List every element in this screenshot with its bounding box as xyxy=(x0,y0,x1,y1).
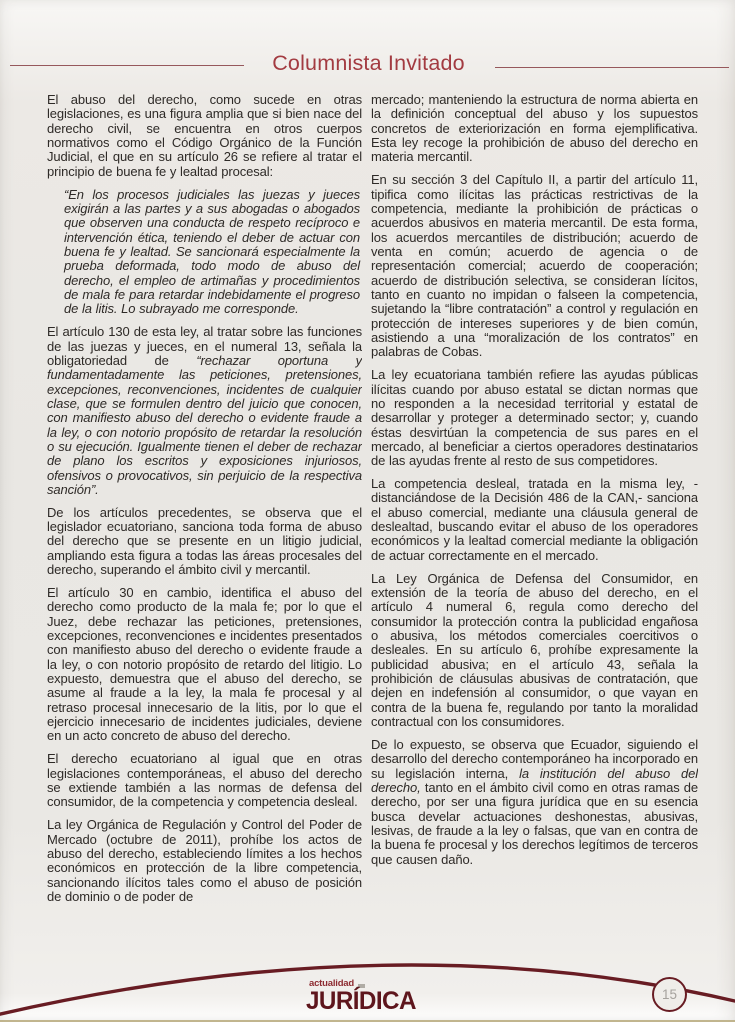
left-column: El abuso del derecho, como sucede en otr… xyxy=(47,93,362,969)
body-text: La competencia desleal, tratada en la mi… xyxy=(371,476,698,563)
body-text: En su sección 3 del Capítulo II, a parti… xyxy=(371,172,698,359)
paragraph: En su sección 3 del Capítulo II, a parti… xyxy=(371,173,698,359)
body-text: tanto en el ámbito civil como en otras r… xyxy=(371,780,698,867)
body-text: El artículo 30 en cambio, identifica el … xyxy=(47,585,362,743)
header-rule-right xyxy=(495,67,729,68)
body-text: La ley Orgánica de Regulación y Control … xyxy=(47,817,362,904)
journal-logo: actualidad JURÍDICA xyxy=(306,979,419,1014)
body-text: mercado; manteniendo la estructura de no… xyxy=(371,93,698,164)
logo-juridica-text: JURÍDICA xyxy=(306,989,416,1014)
paragraph: La Ley Orgánica de Defensa del Consumido… xyxy=(371,572,698,730)
paragraph: La competencia desleal, tratada en la mi… xyxy=(371,477,698,563)
body-text: La Ley Orgánica de Defensa del Consumido… xyxy=(371,571,698,729)
magazine-page: Columnista Invitado El abuso del derecho… xyxy=(0,0,735,1024)
paragraph: mercado; manteniendo la estructura de no… xyxy=(371,93,698,165)
paragraph: La ley ecuatoriana también refiere las a… xyxy=(371,368,698,468)
paragraph: La ley Orgánica de Regulación y Control … xyxy=(47,818,362,904)
right-column: mercado; manteniendo la estructura de no… xyxy=(371,93,698,969)
body-text: La ley ecuatoriana también refiere las a… xyxy=(371,367,698,468)
paragraph: El artículo 30 en cambio, identifica el … xyxy=(47,586,362,744)
body-text: El derecho ecuatoriano al igual que en o… xyxy=(47,751,362,809)
paragraph: El artículo 130 de esta ley, al tratar s… xyxy=(47,325,362,497)
body-text: El abuso del derecho, como sucede en otr… xyxy=(47,93,362,179)
page-title: Columnista Invitado xyxy=(272,51,465,76)
paragraph: El abuso del derecho, como sucede en otr… xyxy=(47,93,362,179)
quoted-italic-text: “En los procesos judiciales las juezas y… xyxy=(64,187,360,317)
paragraph: De lo expuesto, se observa que Ecuador, … xyxy=(371,738,698,867)
paragraph: El derecho ecuatoriano al igual que en o… xyxy=(47,752,362,809)
quoted-italic-text: “rechazar oportuna y fundamentadamente l… xyxy=(47,353,362,497)
article-body: El abuso del derecho, como sucede en otr… xyxy=(47,93,698,969)
header-rule-left xyxy=(10,65,244,66)
page-header: Columnista Invitado xyxy=(0,46,735,80)
body-text: De los artículos precedentes, se observa… xyxy=(47,505,362,577)
block-quote: “En los procesos judiciales las juezas y… xyxy=(64,188,360,317)
paragraph: De los artículos precedentes, se observa… xyxy=(47,506,362,578)
page-number-badge: 15 xyxy=(652,977,687,1012)
